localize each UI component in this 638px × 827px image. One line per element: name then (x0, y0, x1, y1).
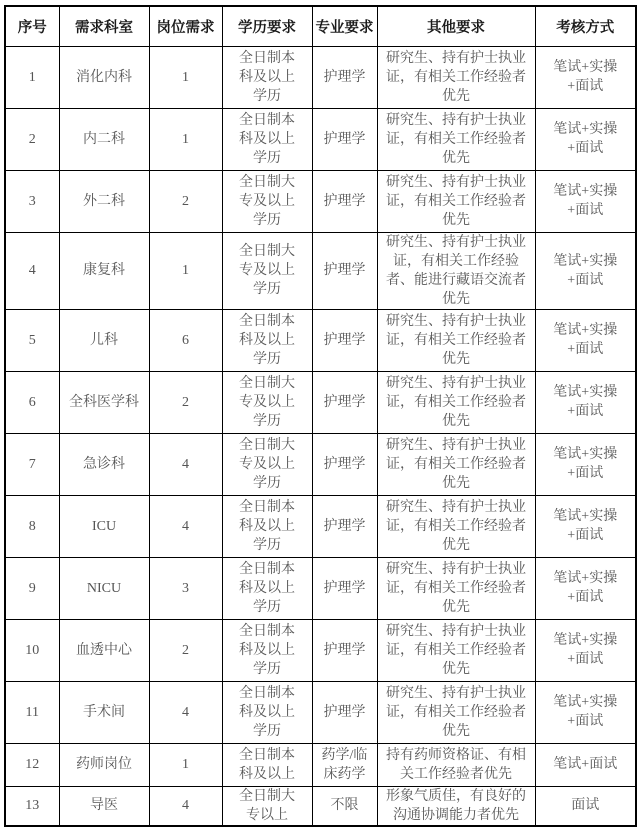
cell-dept: 药师岗位 (59, 743, 149, 786)
cell-no: 4 (5, 232, 59, 309)
cell-count: 1 (149, 108, 222, 170)
cell-edu: 全日制本科及以上学历 (222, 495, 312, 557)
cell-major: 护理学 (312, 232, 377, 309)
cell-other: 研究生、持有护士执业证，有相关工作经验者优先 (377, 309, 535, 371)
table-body: 1消化内科1全日制本科及以上学历护理学研究生、持有护士执业证，有相关工作经验者优… (5, 46, 636, 826)
table-row: 5儿科6全日制本科及以上学历护理学研究生、持有护士执业证，有相关工作经验者优先笔… (5, 309, 636, 371)
cell-dept: 全科医学科 (59, 371, 149, 433)
cell-exam: 笔试+实操+面试 (535, 433, 636, 495)
cell-edu: 全日制本科及以上学历 (222, 619, 312, 681)
cell-major: 护理学 (312, 495, 377, 557)
header-row: 序号需求科室岗位需求学历要求专业要求其他要求考核方式 (5, 6, 636, 46)
cell-exam: 面试 (535, 786, 636, 826)
column-header-no: 序号 (5, 6, 59, 46)
cell-count: 3 (149, 557, 222, 619)
cell-other: 研究生、持有护士执业证，有相关工作经验者优先 (377, 46, 535, 108)
cell-no: 8 (5, 495, 59, 557)
cell-dept: 血透中心 (59, 619, 149, 681)
cell-major: 护理学 (312, 170, 377, 232)
cell-edu: 全日制本科及以上学历 (222, 309, 312, 371)
column-header-edu: 学历要求 (222, 6, 312, 46)
cell-edu: 全日制大专及以上学历 (222, 433, 312, 495)
cell-count: 1 (149, 46, 222, 108)
cell-dept: 内二科 (59, 108, 149, 170)
cell-dept: 急诊科 (59, 433, 149, 495)
cell-edu: 全日制大专以上 (222, 786, 312, 826)
cell-exam: 笔试+实操+面试 (535, 495, 636, 557)
cell-no: 1 (5, 46, 59, 108)
cell-dept: 导医 (59, 786, 149, 826)
cell-exam: 笔试+实操+面试 (535, 557, 636, 619)
cell-no: 12 (5, 743, 59, 786)
column-header-major: 专业要求 (312, 6, 377, 46)
cell-edu: 全日制本科及以上学历 (222, 46, 312, 108)
cell-count: 2 (149, 170, 222, 232)
cell-count: 4 (149, 495, 222, 557)
cell-major: 护理学 (312, 46, 377, 108)
column-header-count: 岗位需求 (149, 6, 222, 46)
cell-major: 护理学 (312, 433, 377, 495)
cell-count: 4 (149, 433, 222, 495)
cell-exam: 笔试+实操+面试 (535, 46, 636, 108)
cell-no: 11 (5, 681, 59, 743)
cell-other: 研究生、持有护士执业证，有相关工作经验者优先 (377, 557, 535, 619)
cell-dept: NICU (59, 557, 149, 619)
cell-count: 2 (149, 619, 222, 681)
cell-count: 2 (149, 371, 222, 433)
cell-count: 4 (149, 681, 222, 743)
table-row: 13导医4全日制大专以上不限形象气质佳，有良好的沟通协调能力者优先面试 (5, 786, 636, 826)
cell-no: 6 (5, 371, 59, 433)
cell-other: 研究生、持有护士执业证，有相关工作经验者优先 (377, 170, 535, 232)
cell-other: 研究生、持有护士执业证，有相关工作经验者优先 (377, 619, 535, 681)
table-header: 序号需求科室岗位需求学历要求专业要求其他要求考核方式 (5, 6, 636, 46)
table-row: 7急诊科4全日制大专及以上学历护理学研究生、持有护士执业证，有相关工作经验者优先… (5, 433, 636, 495)
cell-count: 6 (149, 309, 222, 371)
cell-other: 形象气质佳，有良好的沟通协调能力者优先 (377, 786, 535, 826)
cell-no: 9 (5, 557, 59, 619)
cell-exam: 笔试+实操+面试 (535, 309, 636, 371)
cell-other: 持有药师资格证、有相关工作经验者优先 (377, 743, 535, 786)
cell-other: 研究生、持有护士执业证，有相关工作经验者优先 (377, 681, 535, 743)
cell-major: 护理学 (312, 371, 377, 433)
cell-no: 7 (5, 433, 59, 495)
table-row: 8ICU4全日制本科及以上学历护理学研究生、持有护士执业证，有相关工作经验者优先… (5, 495, 636, 557)
table-row: 2内二科1全日制本科及以上学历护理学研究生、持有护士执业证，有相关工作经验者优先… (5, 108, 636, 170)
cell-dept: 消化内科 (59, 46, 149, 108)
cell-major: 护理学 (312, 681, 377, 743)
cell-exam: 笔试+实操+面试 (535, 371, 636, 433)
cell-exam: 笔试+实操+面试 (535, 170, 636, 232)
cell-edu: 全日制大专及以上学历 (222, 371, 312, 433)
cell-exam: 笔试+实操+面试 (535, 232, 636, 309)
table-row: 9NICU3全日制本科及以上学历护理学研究生、持有护士执业证，有相关工作经验者优… (5, 557, 636, 619)
cell-edu: 全日制本科及以上学历 (222, 681, 312, 743)
table-row: 3外二科2全日制大专及以上学历护理学研究生、持有护士执业证，有相关工作经验者优先… (5, 170, 636, 232)
cell-edu: 全日制本科及以上学历 (222, 108, 312, 170)
cell-count: 1 (149, 743, 222, 786)
cell-no: 10 (5, 619, 59, 681)
cell-dept: 儿科 (59, 309, 149, 371)
cell-no: 13 (5, 786, 59, 826)
table-row: 10血透中心2全日制本科及以上学历护理学研究生、持有护士执业证，有相关工作经验者… (5, 619, 636, 681)
cell-other: 研究生、持有护士执业证，有相关工作经验者优先 (377, 371, 535, 433)
column-header-dept: 需求科室 (59, 6, 149, 46)
cell-major: 不限 (312, 786, 377, 826)
table-row: 4康复科1全日制大专及以上学历护理学研究生、持有护士执业证，有相关工作经验者、能… (5, 232, 636, 309)
cell-other: 研究生、持有护士执业证，有相关工作经验者优先 (377, 433, 535, 495)
column-header-exam: 考核方式 (535, 6, 636, 46)
cell-count: 1 (149, 232, 222, 309)
cell-no: 3 (5, 170, 59, 232)
cell-exam: 笔试+实操+面试 (535, 619, 636, 681)
cell-exam: 笔试+实操+面试 (535, 108, 636, 170)
cell-other: 研究生、持有护士执业证，有相关工作经验者优先 (377, 495, 535, 557)
cell-no: 2 (5, 108, 59, 170)
cell-count: 4 (149, 786, 222, 826)
recruitment-table: 序号需求科室岗位需求学历要求专业要求其他要求考核方式 1消化内科1全日制本科及以… (4, 5, 637, 827)
cell-major: 护理学 (312, 619, 377, 681)
cell-dept: 外二科 (59, 170, 149, 232)
cell-major: 药学/临床药学 (312, 743, 377, 786)
cell-other: 研究生、持有护士执业证，有相关工作经验者优先 (377, 108, 535, 170)
cell-exam: 笔试+面试 (535, 743, 636, 786)
cell-no: 5 (5, 309, 59, 371)
cell-major: 护理学 (312, 557, 377, 619)
cell-major: 护理学 (312, 108, 377, 170)
cell-major: 护理学 (312, 309, 377, 371)
table-row: 11手术间4全日制本科及以上学历护理学研究生、持有护士执业证，有相关工作经验者优… (5, 681, 636, 743)
table-row: 12药师岗位1全日制本科及以上药学/临床药学持有药师资格证、有相关工作经验者优先… (5, 743, 636, 786)
cell-dept: ICU (59, 495, 149, 557)
cell-dept: 手术间 (59, 681, 149, 743)
cell-edu: 全日制本科及以上学历 (222, 557, 312, 619)
cell-edu: 全日制大专及以上学历 (222, 170, 312, 232)
cell-dept: 康复科 (59, 232, 149, 309)
cell-exam: 笔试+实操+面试 (535, 681, 636, 743)
cell-other: 研究生、持有护士执业证，有相关工作经验者、能进行藏语交流者优先 (377, 232, 535, 309)
table-row: 1消化内科1全日制本科及以上学历护理学研究生、持有护士执业证，有相关工作经验者优… (5, 46, 636, 108)
table-row: 6全科医学科2全日制大专及以上学历护理学研究生、持有护士执业证，有相关工作经验者… (5, 371, 636, 433)
column-header-other: 其他要求 (377, 6, 535, 46)
cell-edu: 全日制本科及以上 (222, 743, 312, 786)
cell-edu: 全日制大专及以上学历 (222, 232, 312, 309)
